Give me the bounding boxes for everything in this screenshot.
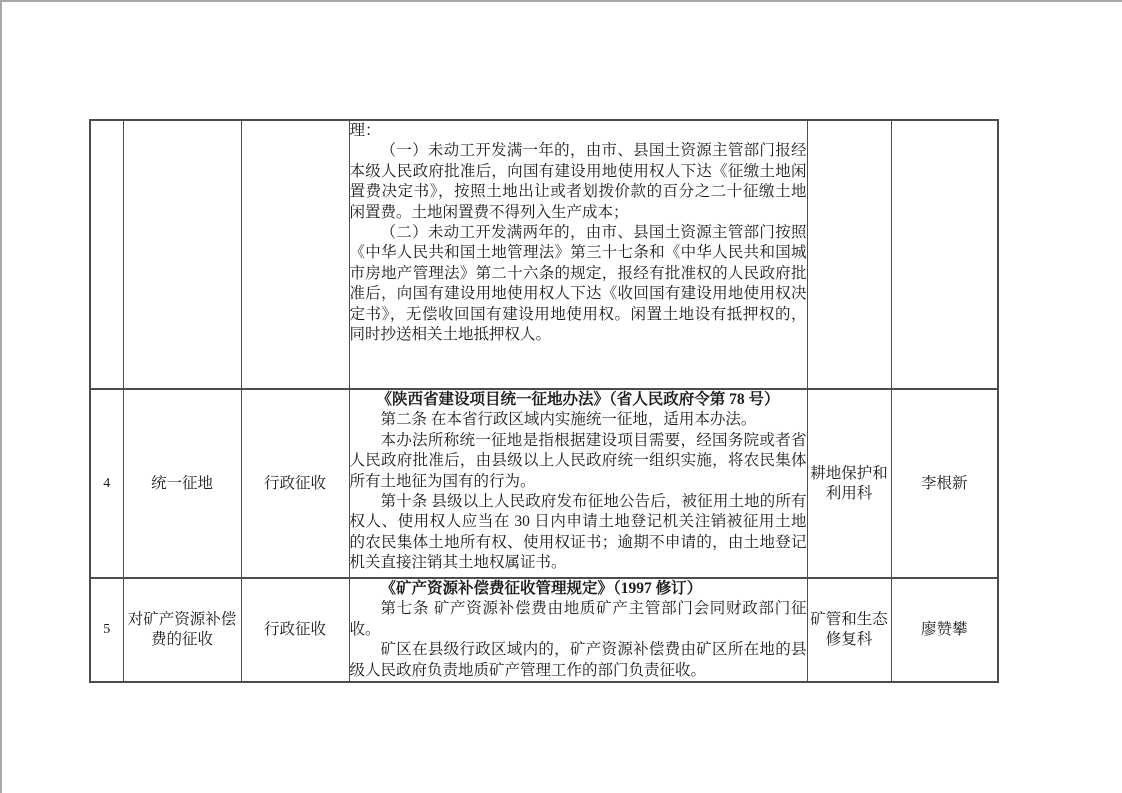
department-cell: 矿管和生态修复科 <box>807 578 891 682</box>
page-edge-left-line <box>0 0 2 793</box>
basis-title: 《陕西省建设项目统一征地办法》（省人民政府令第 78 号） <box>350 390 807 410</box>
category-cell <box>241 120 349 389</box>
row-number-cell: 5 <box>90 578 123 682</box>
person-cell <box>891 120 998 389</box>
category-cell: 行政征收 <box>241 389 349 578</box>
basis-paragraph: （二）未动工开发满两年的，由市、县国土资源主管部门按照《中华人民共和国土地管理法… <box>350 223 807 345</box>
table-row-continuation: 理： （一）未动工开发满一年的，由市、县国土资源主管部门报经本级人民政府批准后，… <box>90 120 998 389</box>
regulation-table: 理： （一）未动工开发满一年的，由市、县国土资源主管部门报经本级人民政府批准后，… <box>89 119 999 683</box>
basis-paragraph: 本办法所称统一征地是指根据建设项目需要，经国务院或者省人民政府批准后，由县级以上… <box>350 431 807 492</box>
basis-title: 《矿产资源补偿费征收管理规定》（1997 修订） <box>350 579 807 599</box>
category-cell: 行政征收 <box>241 578 349 682</box>
person-cell: 李根新 <box>891 389 998 578</box>
person-cell: 廖赞攀 <box>891 578 998 682</box>
legal-basis-cell: 《陕西省建设项目统一征地办法》（省人民政府令第 78 号） 第二条 在本省行政区… <box>349 389 807 578</box>
basis-paragraph: （一）未动工开发满一年的，由市、县国土资源主管部门报经本级人民政府批准后，向国有… <box>350 141 807 223</box>
legal-basis-cell: 理： （一）未动工开发满一年的，由市、县国土资源主管部门报经本级人民政府批准后，… <box>349 120 807 389</box>
department-cell <box>807 120 891 389</box>
basis-paragraph: 第二条 在本省行政区域内实施统一征地，适用本办法。 <box>350 410 807 430</box>
table-row-5: 5 对矿产资源补偿费的征收 行政征收 《矿产资源补偿费征收管理规定》（1997 … <box>90 578 998 682</box>
basis-paragraph: 第十条 县级以上人民政府发布征地公告后，被征用土地的所有权人、使用权人应当在 3… <box>350 492 807 574</box>
basis-paragraph: 第七条 矿产资源补偿费由地质矿产主管部门会同财政部门征收。 <box>350 599 807 640</box>
basis-paragraph: 理： <box>350 121 807 141</box>
document-page: { "page": { "background_color": "#ffffff… <box>0 0 1122 793</box>
item-name-cell <box>123 120 241 389</box>
table-row-4: 4 统一征地 行政征收 《陕西省建设项目统一征地办法》（省人民政府令第 78 号… <box>90 389 998 578</box>
item-name-cell: 统一征地 <box>123 389 241 578</box>
basis-paragraph: 矿区在县级行政区域内的，矿产资源补偿费由矿区所在地的县级人民政府负责地质矿产管理… <box>350 640 807 681</box>
row-number-cell: 4 <box>90 389 123 578</box>
item-name-cell: 对矿产资源补偿费的征收 <box>123 578 241 682</box>
page-edge-top-line <box>0 0 1122 2</box>
department-cell: 耕地保护和利用科 <box>807 389 891 578</box>
legal-basis-cell: 《矿产资源补偿费征收管理规定》（1997 修订） 第七条 矿产资源补偿费由地质矿… <box>349 578 807 682</box>
row-number-cell <box>90 120 123 389</box>
